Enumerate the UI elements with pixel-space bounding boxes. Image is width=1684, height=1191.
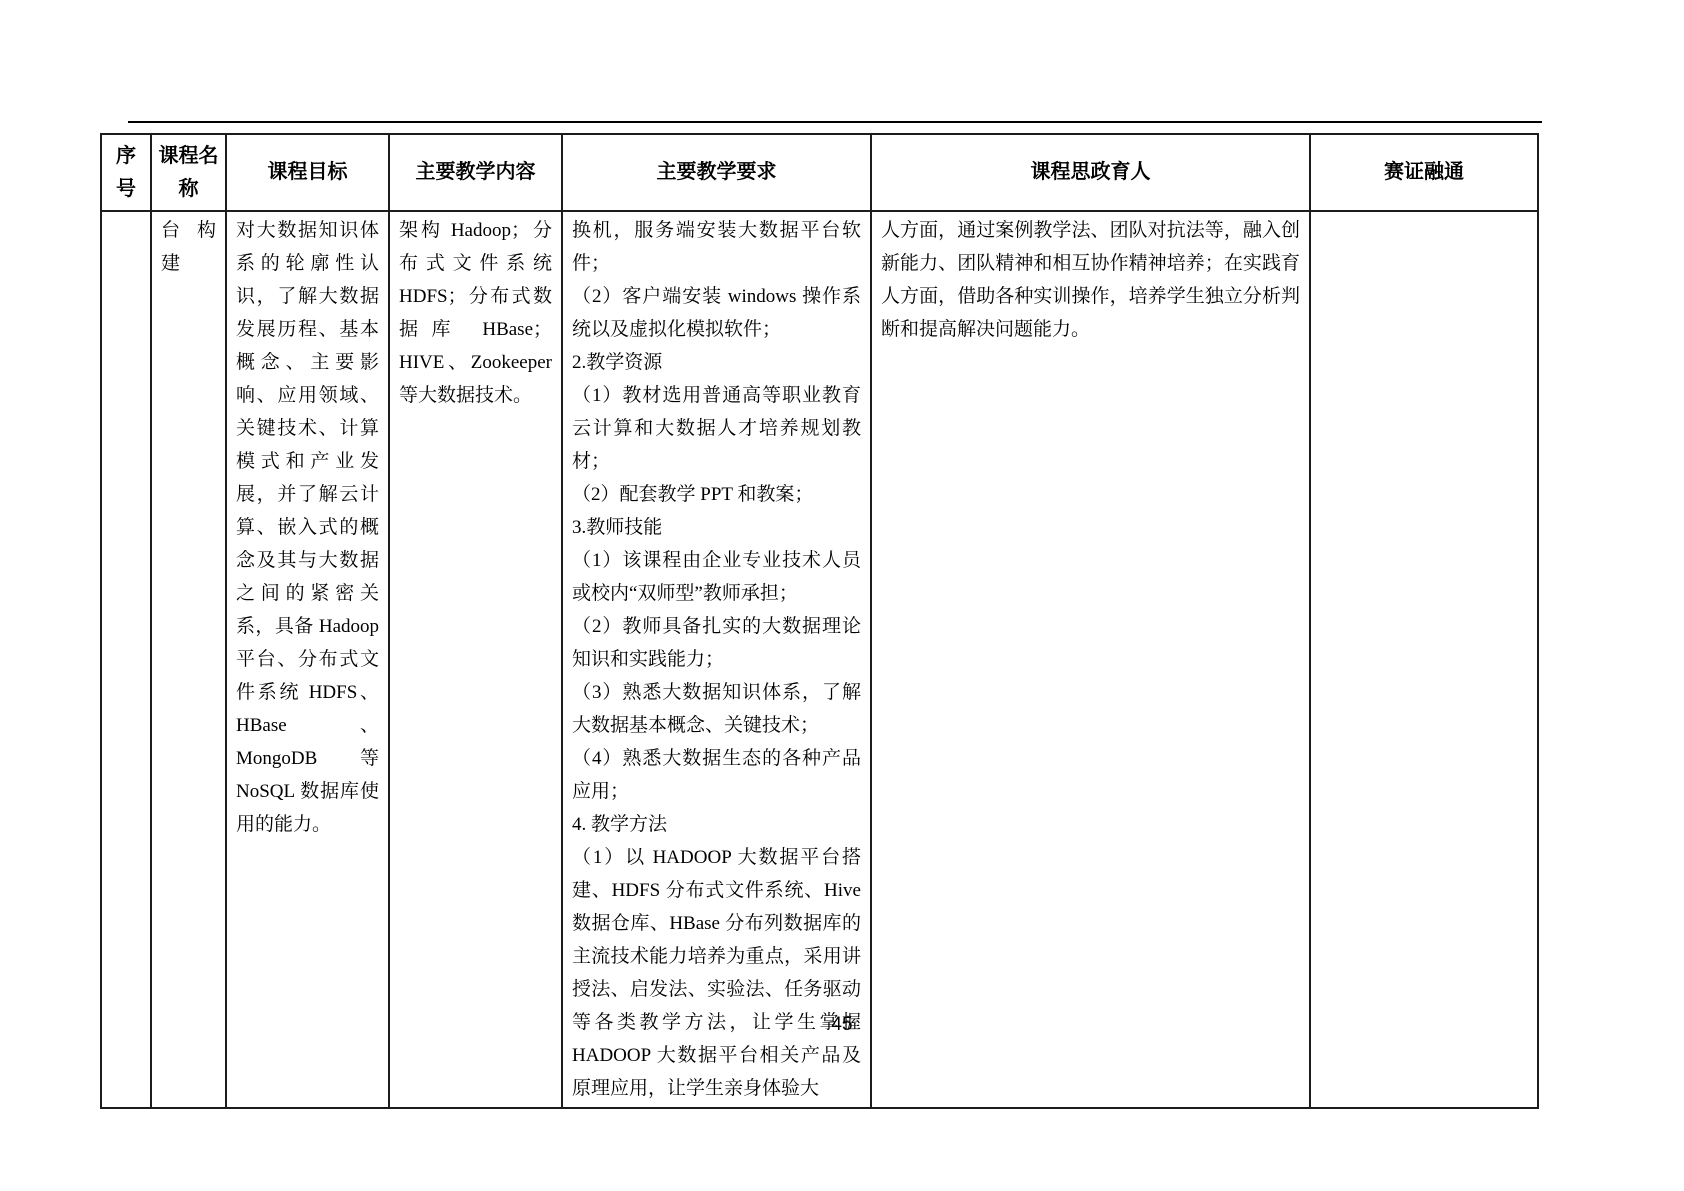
- cell-course-name: 台构建: [151, 211, 226, 1108]
- table-header-row: 序号 课程名称 课程目标 主要教学内容 主要教学要求 课程思政育人 赛证融通: [101, 134, 1538, 211]
- cell-course-objectives: 对大数据知识体系的轮廓性认识，了解大数据发展历程、基本概念、主要影响、应用领域、…: [226, 211, 389, 1108]
- column-header-saizheng-rongtong: 赛证融通: [1310, 134, 1538, 211]
- table-row: 台构建 对大数据知识体系的轮廓性认识，了解大数据发展历程、基本概念、主要影响、应…: [101, 211, 1538, 1108]
- course-table: 序号 课程名称 课程目标 主要教学内容 主要教学要求 课程思政育人 赛证融通 台…: [100, 133, 1539, 1109]
- column-header-kecheng-mubiao: 课程目标: [226, 134, 389, 211]
- cell-teaching-content: 架构 Hadoop；分布式文件系统 HDFS；分布式数据库 HBase；HIVE…: [389, 211, 562, 1108]
- cell-sequence-number: [101, 211, 151, 1108]
- cell-competition-certification: [1310, 211, 1538, 1108]
- document-page: 序号 课程名称 课程目标 主要教学内容 主要教学要求 课程思政育人 赛证融通 台…: [0, 0, 1684, 1191]
- page-header-rule: [128, 121, 1542, 123]
- cell-ideological-education: 人方面，通过案例教学法、团队对抗法等，融入创新能力、团队精神和相互协作精神培养；…: [871, 211, 1310, 1108]
- column-header-jiaoxue-neirong: 主要教学内容: [389, 134, 562, 211]
- column-header-kecheng-mingcheng: 课程名称: [151, 134, 226, 211]
- column-header-jiaoxue-yaoqiu: 主要教学要求: [562, 134, 871, 211]
- cell-teaching-requirements: 换机，服务端安装大数据平台软件；（2）客户端安装 windows 操作系统以及虚…: [562, 211, 871, 1108]
- column-header-xuhao: 序号: [101, 134, 151, 211]
- column-header-sizheng-yuren: 课程思政育人: [871, 134, 1310, 211]
- page-number: 45: [0, 1012, 1684, 1038]
